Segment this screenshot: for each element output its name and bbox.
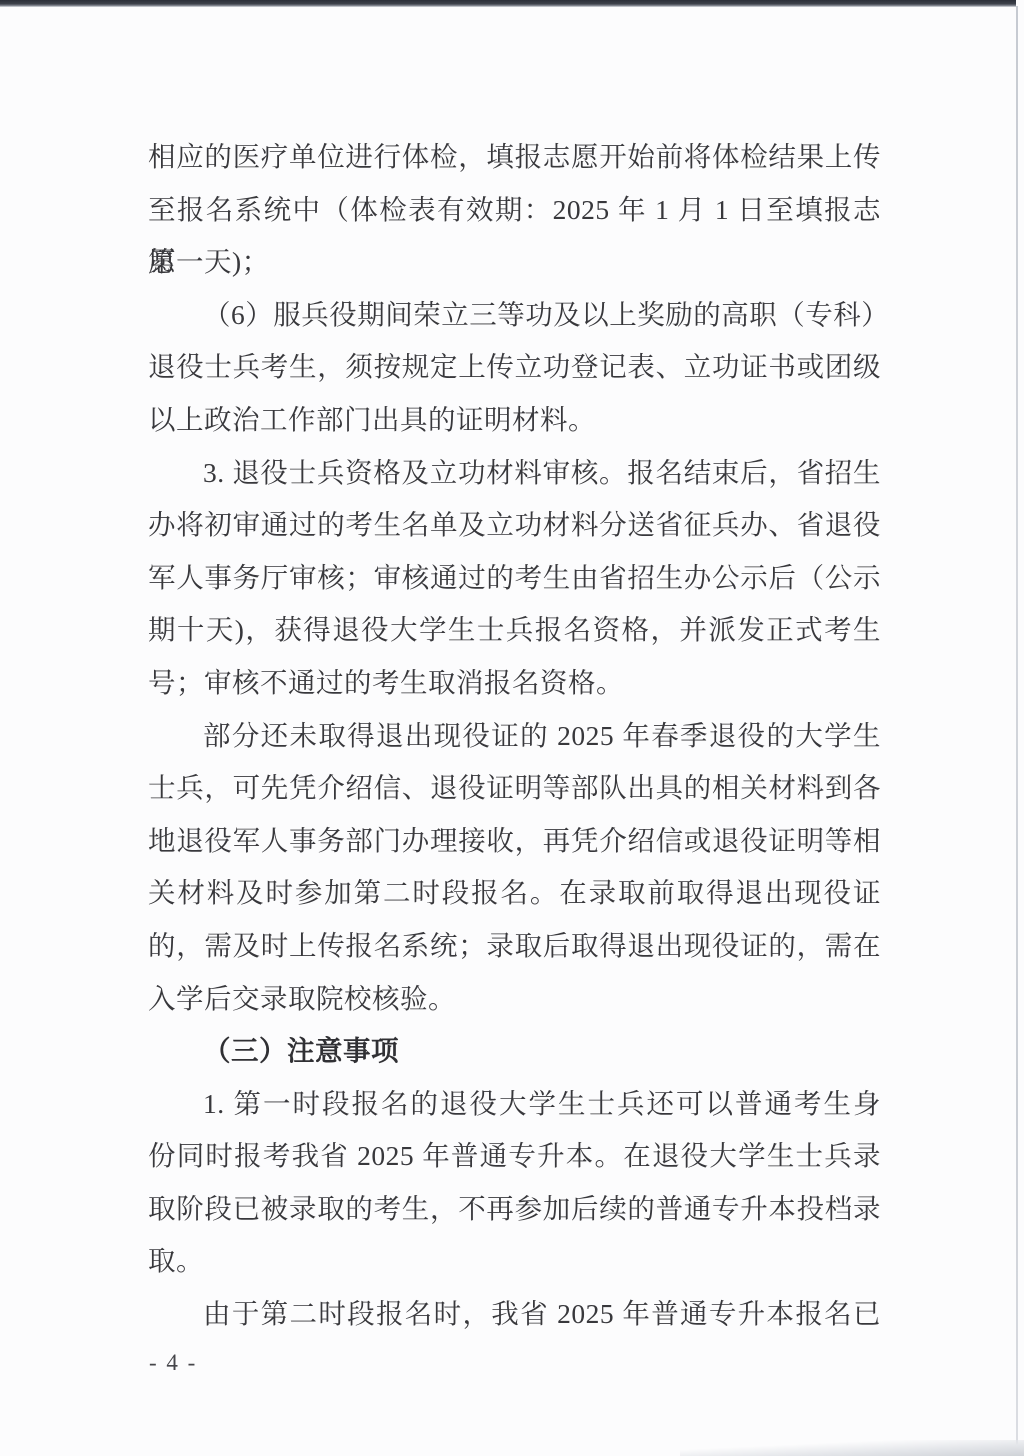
document-line: 关材料及时参加第二时段报名。在录取前取得退出现役证 (148, 867, 881, 920)
document-line: 的，需及时上传报名系统；录取后取得退出现役证的，需在 (148, 920, 881, 973)
document-line: 办将初审通过的考生名单及立功材料分送省征兵办、省退役 (148, 499, 881, 552)
document-line: 以上政治工作部门出具的证明材料。 (148, 394, 881, 447)
document-line: 3. 退役士兵资格及立功材料审核。报名结束后，省招生 (148, 447, 881, 500)
document-line: 由于第二时段报名时，我省 2025 年普通专升本报名已 (148, 1288, 881, 1341)
document-line: 取阶段已被录取的考生，不再参加后续的普通专升本投档录 (148, 1183, 881, 1236)
document-line: 1. 第一时段报名的退役大学生士兵还可以普通考生身 (148, 1078, 881, 1131)
document-line: 入学后交录取院校核验。 (148, 973, 881, 1026)
document-line: （6）服兵役期间荣立三等功及以上奖励的高职（专科） (148, 289, 881, 342)
document-line: 至报名系统中（体检表有效期：2025 年 1 月 1 日至填报志愿 (148, 184, 881, 237)
document-line: 取。 (148, 1235, 881, 1288)
document-line: 相应的医疗单位进行体检，填报志愿开始前将体检结果上传 (148, 131, 881, 184)
document-line: 地退役军人事务部门办理接收，再凭介绍信或退役证明等相 (148, 815, 881, 868)
document-body: 相应的医疗单位进行体检，填报志愿开始前将体检结果上传 至报名系统中（体检表有效期… (148, 131, 881, 1341)
document-line: 期十天)，获得退役大学生士兵报名资格，并派发正式考生 (148, 604, 881, 657)
document-page: 相应的医疗单位进行体检，填报志愿开始前将体检结果上传 至报名系统中（体检表有效期… (0, 0, 1024, 1456)
scan-right-edge (1016, 6, 1018, 1456)
scan-top-edge (0, 0, 1016, 7)
document-line: 份同时报考我省 2025 年普通专升本。在退役大学生士兵录 (148, 1130, 881, 1183)
document-line: 部分还未取得退出现役证的 2025 年春季退役的大学生 (148, 710, 881, 763)
document-line: 士兵，可先凭介绍信、退役证明等部队出具的相关材料到各 (148, 762, 881, 815)
document-line: 军人事务厅审核；审核通过的考生由省招生办公示后（公示 (148, 552, 881, 605)
scan-corner-smudge (680, 1440, 1024, 1456)
document-line: 第一天)； (148, 236, 881, 289)
document-line: 退役士兵考生，须按规定上传立功登记表、立功证书或团级 (148, 341, 881, 394)
page-number: - 4 - (149, 1348, 197, 1378)
section-heading: （三）注意事项 (148, 1025, 881, 1078)
document-line: 号；审核不通过的考生取消报名资格。 (148, 657, 881, 710)
